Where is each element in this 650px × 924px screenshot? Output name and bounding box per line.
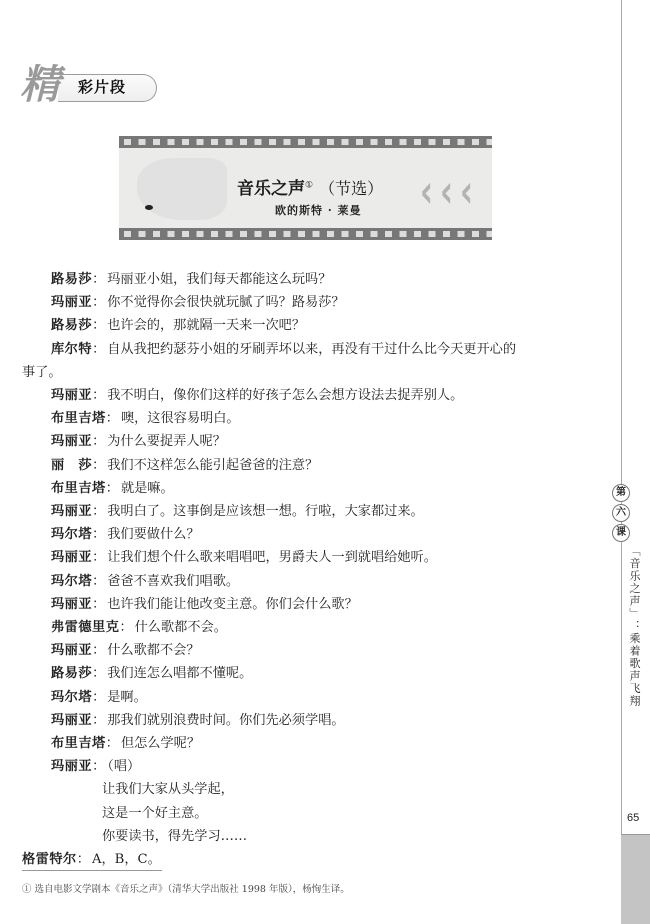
dialogue-line: 玛尔塔：我们要做什么？ <box>22 523 592 546</box>
dialogue-text: 我不明白，像你们这样的好孩子怎么会想方设法去捉弄别人。 <box>107 388 463 403</box>
footnote: ① 选自电影文学剧本《音乐之声》（清华大学出版社 1998 年版），杨恂生译。 <box>22 881 350 895</box>
dialogue-line: 布里吉塔：但怎么学呢？ <box>22 732 592 755</box>
speaker-name: 玛丽亚 <box>51 597 92 612</box>
speaker-colon: ： <box>119 620 132 635</box>
footnote-divider <box>22 870 162 871</box>
speaker-name: 玛丽亚 <box>51 504 92 519</box>
dialogue-text: 为什么要捉弄人呢？ <box>107 434 226 449</box>
dialogue-line: 玛丽亚：也许我们能让他改变主意。你们会什么歌？ <box>22 593 592 616</box>
margin-rule <box>621 0 622 834</box>
speaker-name: 弗雷德里克 <box>51 620 119 635</box>
speaker-name: 玛丽亚 <box>51 388 92 403</box>
dialogue-line: 玛尔塔：爸爸不喜欢我们唱歌。 <box>22 570 592 593</box>
work-subtitle: （节选） <box>319 179 383 198</box>
dialogue-line: 玛丽亚：让我们想个什么歌来唱唱吧，男爵夫人一到就唱给她听。 <box>22 546 592 569</box>
dialogue-text: 也许我们能让他改变主意。你们会什么歌？ <box>107 597 358 612</box>
page-tab-block <box>621 834 650 924</box>
dialogue-line: 玛丽亚：我明白了。这事倒是应该想一想。行啦，大家都过来。 <box>22 500 592 523</box>
dialogue-line: 库尔特：自从我把约瑟芬小姐的牙刷弄坏以来，再没有干过什么比今天更开心的 <box>22 338 592 361</box>
song-lyric-line: 让我们大家从头学起， <box>22 778 592 801</box>
dialogue-line: 路易莎：也许会的，那就隔一天来一次吧？ <box>22 314 592 337</box>
speaker-name: 库尔特 <box>51 342 92 357</box>
dialogue-line: 玛丽亚：你不觉得你会很快就玩腻了吗？路易莎？ <box>22 291 592 314</box>
speaker-name: 玛丽亚 <box>51 759 92 774</box>
speaker-colon: ： <box>92 666 105 681</box>
speaker-colon: ： <box>92 272 105 287</box>
dialogue-text: （唱） <box>107 759 140 774</box>
dialogue-text: 让我们想个什么歌来唱唱吧，男爵夫人一到就唱给她听。 <box>107 550 437 565</box>
speaker-colon: ： <box>92 550 105 565</box>
speaker-name: 布里吉塔 <box>51 481 106 496</box>
speaker-name: 玛丽亚 <box>51 295 92 310</box>
dialogue-text: 就是嘛。 <box>121 481 174 496</box>
speaker-colon: ： <box>92 318 105 333</box>
speaker-colon: ： <box>92 388 105 403</box>
footnote-marker[interactable]: ① <box>305 180 313 190</box>
lesson-number-badge: 第 六 课 <box>612 484 632 544</box>
speaker-colon: ： <box>77 852 90 867</box>
speaker-name: 玛尔塔 <box>51 574 92 589</box>
film-strip-top <box>119 136 492 148</box>
dialogue-line: 玛丽亚：为什么要捉弄人呢？ <box>22 430 592 453</box>
speaker-name: 路易莎 <box>51 666 92 681</box>
dialogue-line: 路易莎：我们连怎么唱都不懂呢。 <box>22 662 592 685</box>
dialogue-line: 格雷特尔：A，B，C。 <box>22 848 592 871</box>
speaker-name: 玛尔塔 <box>51 527 92 542</box>
chevron-left-double-icon: ‹ ‹ ‹ <box>417 168 487 218</box>
speaker-name: 玛尔塔 <box>51 690 92 705</box>
dialogue-line: 玛尔塔：是啊。 <box>22 686 592 709</box>
speaker-colon: ： <box>92 713 105 728</box>
speaker-name: 布里吉塔 <box>51 736 106 751</box>
dialogue-line: 玛丽亚：我不明白，像你们这样的好孩子怎么会想方设法去捉弄别人。 <box>22 384 592 407</box>
dialogue-line: 丽 莎：我们不这样怎么能引起爸爸的注意？ <box>22 454 592 477</box>
dialogue-text: 那我们就别浪费时间。你们先必须学唱。 <box>107 713 344 728</box>
film-strip-bottom <box>119 228 492 240</box>
speaker-name: 玛丽亚 <box>51 434 92 449</box>
work-author: 欧的斯特 · 莱曼 <box>275 202 362 218</box>
dialogue-line-continuation: 事了。 <box>22 361 592 384</box>
page-number: 65 <box>627 812 639 824</box>
dialogue-text: 是啊。 <box>107 690 147 705</box>
dialogue-line: 玛丽亚：什么歌都不会？ <box>22 639 592 662</box>
dialogue-text: 我明白了。这事倒是应该想一想。行啦，大家都过来。 <box>107 504 424 519</box>
dialogue-line: 玛丽亚：（唱） <box>22 755 592 778</box>
lesson-char: 课 <box>612 524 630 542</box>
dialogue-text: 什么歌都不会。 <box>135 620 227 635</box>
dialogue-line: 弗雷德里克：什么歌都不会。 <box>22 616 592 639</box>
speaker-colon: ： <box>92 759 105 774</box>
dialogue-body: 路易莎：玛丽亚小姐，我们每天都能这么玩吗？玛丽亚：你不觉得你会很快就玩腻了吗？路… <box>22 268 592 871</box>
dialogue-text: 玛丽亚小姐，我们每天都能这么玩吗？ <box>107 272 331 287</box>
speaker-colon: ： <box>106 736 119 751</box>
lesson-char: 第 <box>612 484 630 502</box>
speaker-colon: ： <box>92 527 105 542</box>
dialogue-text: 我们不这样怎么能引起爸爸的注意？ <box>107 458 318 473</box>
work-title: 音乐之声①（节选） <box>237 174 383 199</box>
lesson-title-vertical: 「音乐之声」：乘着歌声飞翔 <box>625 545 641 708</box>
dialogue-text: 噢，这很容易明白。 <box>121 411 240 426</box>
speaker-name: 玛丽亚 <box>51 713 92 728</box>
dialogue-text: A，B，C。 <box>92 852 161 867</box>
dialogue-text: 我们要做什么？ <box>107 527 199 542</box>
speaker-name: 格雷特尔 <box>22 852 77 867</box>
camera-lens-icon <box>145 205 153 210</box>
dialogue-text: 你不觉得你会很快就玩腻了吗？路易莎？ <box>107 295 344 310</box>
speaker-colon: ： <box>92 295 105 310</box>
work-title-text: 音乐之声 <box>237 179 305 199</box>
dialogue-text: 也许会的，那就隔一天来一次吧？ <box>107 318 305 333</box>
speaker-colon: ： <box>92 597 105 612</box>
song-lyric-line: 你要读书，得先学习…… <box>22 825 592 848</box>
section-header-big-char: 精 <box>20 60 60 110</box>
section-header: 精 彩片段 <box>20 60 160 110</box>
speaker-name: 布里吉塔 <box>51 411 106 426</box>
dialogue-line: 布里吉塔：噢，这很容易明白。 <box>22 407 592 430</box>
speaker-name: 路易莎 <box>51 272 92 287</box>
dialogue-text: 自从我把约瑟芬小姐的牙刷弄坏以来，再没有干过什么比今天更开心的 <box>107 342 516 357</box>
dialogue-line: 路易莎：玛丽亚小姐，我们每天都能这么玩吗？ <box>22 268 592 291</box>
speaker-name: 玛丽亚 <box>51 550 92 565</box>
section-header-label: 彩片段 <box>78 76 126 97</box>
dialogue-line: 玛丽亚：那我们就别浪费时间。你们先必须学唱。 <box>22 709 592 732</box>
speaker-name: 丽 莎 <box>51 458 92 473</box>
speaker-colon: ： <box>92 643 105 658</box>
speaker-colon: ： <box>92 504 105 519</box>
camera-illustration-icon <box>137 158 227 220</box>
speaker-colon: ： <box>106 411 119 426</box>
dialogue-text: 什么歌都不会？ <box>107 643 199 658</box>
song-lyric-line: 这是一个好主意。 <box>22 802 592 825</box>
dialogue-line: 布里吉塔：就是嘛。 <box>22 477 592 500</box>
title-banner: 音乐之声①（节选） 欧的斯特 · 莱曼 ‹ ‹ ‹ <box>119 136 492 240</box>
speaker-colon: ： <box>92 434 105 449</box>
speaker-colon: ： <box>92 342 105 357</box>
speaker-colon: ： <box>92 690 105 705</box>
speaker-colon: ： <box>92 458 105 473</box>
speaker-name: 玛丽亚 <box>51 643 92 658</box>
speaker-colon: ： <box>106 481 119 496</box>
dialogue-text: 我们连怎么唱都不懂呢。 <box>107 666 252 681</box>
speaker-name: 路易莎 <box>51 318 92 333</box>
dialogue-text: 爸爸不喜欢我们唱歌。 <box>107 574 239 589</box>
dialogue-text: 但怎么学呢？ <box>121 736 200 751</box>
lesson-char: 六 <box>612 504 630 522</box>
speaker-colon: ： <box>92 574 105 589</box>
